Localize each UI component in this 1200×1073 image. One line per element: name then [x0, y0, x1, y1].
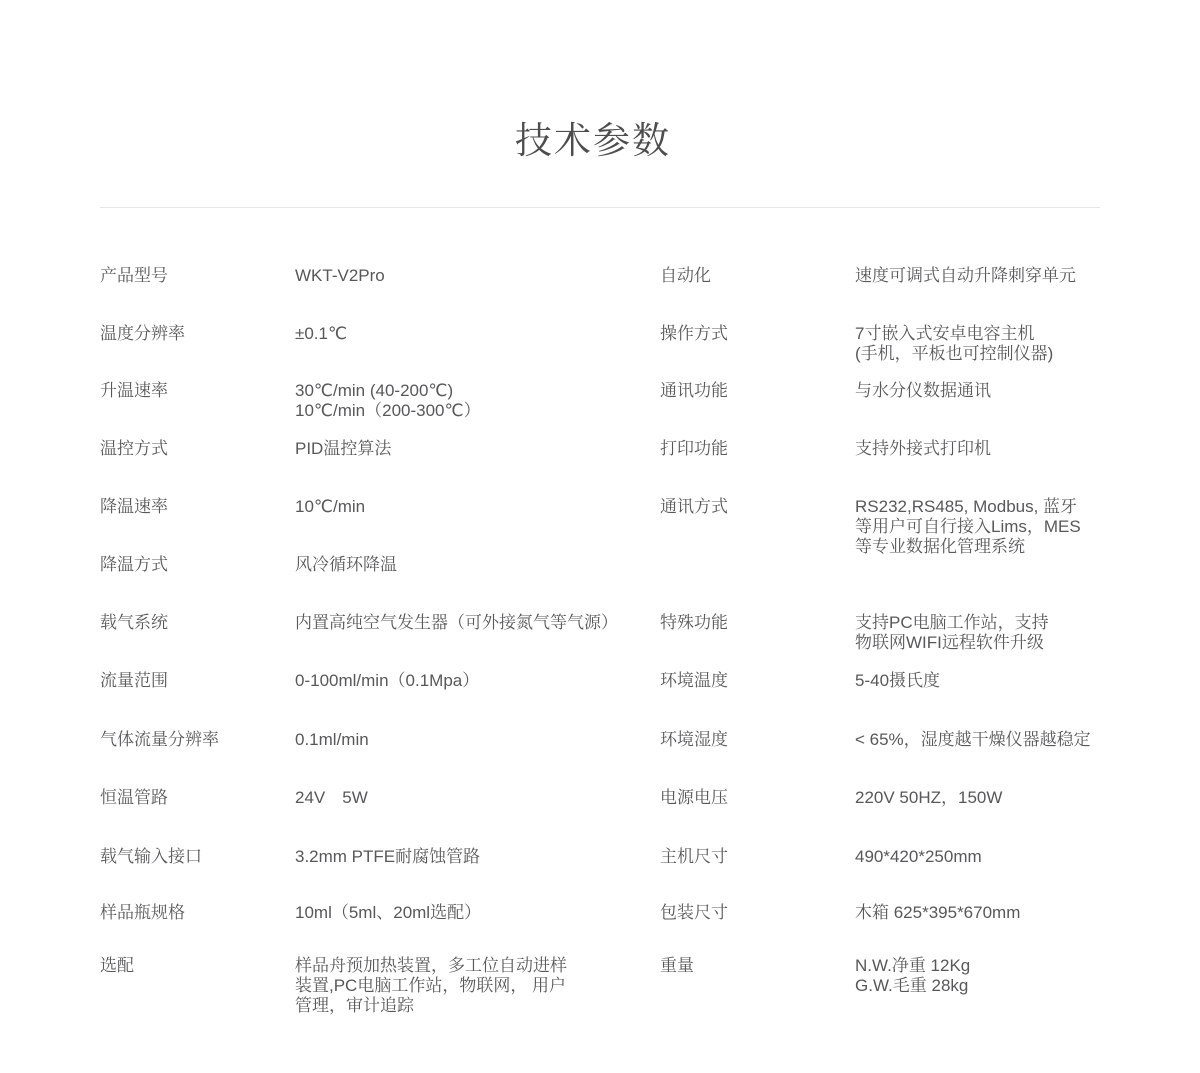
spec-label: 环境温度 [660, 671, 728, 691]
spec-label: 选配 [100, 956, 134, 976]
spec-value: N.W.净重 12Kg G.W.毛重 28kg [855, 956, 970, 996]
spec-label: 环境湿度 [660, 730, 728, 750]
spec-label: 产品型号 [100, 266, 168, 286]
spec-value: 3.2mm PTFE耐腐蚀管路 [295, 847, 480, 867]
spec-label: 载气系统 [100, 613, 168, 633]
spec-value: 10ml（5ml、20ml选配） [295, 903, 481, 923]
spec-label: 自动化 [660, 266, 711, 286]
spec-value: 0-100ml/min（0.1Mpa） [295, 671, 479, 691]
spec-label: 流量范围 [100, 671, 168, 691]
spec-value: < 65%，湿度越干燥仪器越稳定 [855, 730, 1091, 750]
spec-label: 温度分辨率 [100, 324, 185, 344]
spec-label: 特殊功能 [660, 613, 728, 633]
spec-value: 490*420*250mm [855, 847, 982, 867]
spec-value: WKT-V2Pro [295, 266, 385, 286]
spec-value: 速度可调式自动升降刺穿单元 [855, 266, 1076, 286]
spec-label: 降温速率 [100, 497, 168, 517]
spec-label: 通讯方式 [660, 497, 728, 517]
spec-value: 0.1ml/min [295, 730, 369, 750]
spec-label: 包装尺寸 [660, 903, 728, 923]
spec-label: 电源电压 [660, 788, 728, 808]
spec-value: 30℃/min (40-200℃) 10℃/min（200-300℃） [295, 381, 481, 421]
spec-label: 主机尺寸 [660, 847, 728, 867]
spec-label: 重量 [660, 956, 694, 976]
spec-value: 风冷循环降温 [295, 555, 397, 575]
spec-value: 与水分仪数据通讯 [855, 381, 991, 401]
spec-value: 24V 5W [295, 788, 368, 808]
spec-value: 支持外接式打印机 [855, 439, 991, 459]
spec-label: 载气输入接口 [100, 847, 202, 867]
spec-label: 降温方式 [100, 555, 168, 575]
spec-label: 升温速率 [100, 381, 168, 401]
spec-value: 木箱 625*395*670mm [855, 903, 1020, 923]
spec-value: 样品舟预加热装置，多工位自动进样 装置,PC电脑工作站，物联网， 用户 管理，审… [295, 956, 567, 1016]
spec-label: 通讯功能 [660, 381, 728, 401]
spec-label: 打印功能 [660, 439, 728, 459]
spec-table: 产品型号 WKT-V2Pro 温度分辨率 ±0.1℃ 升温速率 30℃/min … [0, 0, 1200, 1073]
spec-value: 5-40摄氏度 [855, 671, 940, 691]
spec-value: PID温控算法 [295, 439, 391, 459]
spec-value: 内置高纯空气发生器（可外接氮气等气源） [295, 613, 618, 633]
spec-label: 气体流量分辨率 [100, 730, 219, 750]
spec-value: RS232,RS485, Modbus, 蓝牙 等用户可自行接入Lims，MES… [855, 497, 1081, 557]
spec-value: ±0.1℃ [295, 324, 347, 344]
spec-label: 样品瓶规格 [100, 903, 185, 923]
spec-label: 恒温管路 [100, 788, 168, 808]
spec-value: 7寸嵌入式安卓电容主机 (手机，平板也可控制仪器) [855, 324, 1053, 364]
spec-value: 支持PC电脑工作站，支持 物联网WIFI远程软件升级 [855, 613, 1049, 653]
spec-value: 10℃/min [295, 497, 365, 517]
spec-label: 温控方式 [100, 439, 168, 459]
spec-value: 220V 50HZ，150W [855, 788, 1002, 808]
spec-label: 操作方式 [660, 324, 728, 344]
tech-specs-page: 技术参数 产品型号 WKT-V2Pro 温度分辨率 ±0.1℃ 升温速率 30℃… [0, 0, 1200, 1073]
